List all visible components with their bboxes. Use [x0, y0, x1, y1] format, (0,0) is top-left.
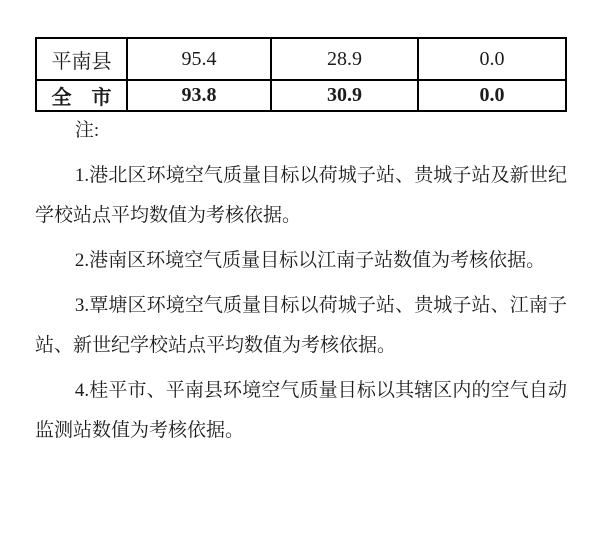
- note-item-4: 4.桂平市、平南县环境空气质量目标以其辖区内的空气自动监测站数值为考核依据。: [35, 371, 567, 451]
- table-cell: 93.8: [127, 80, 271, 111]
- row-label: 平南县: [36, 38, 127, 80]
- air-quality-table: 平南县 95.4 28.9 0.0 全 市 93.8 30.9 0.0: [35, 37, 567, 112]
- table-row-total: 全 市 93.8 30.9 0.0: [36, 80, 566, 111]
- table-row: 平南县 95.4 28.9 0.0: [36, 38, 566, 80]
- notes-section: 注: 1.港北区环境空气质量目标以荷城子站、贵城子站及新世纪学校站点平均数值为考…: [35, 111, 567, 456]
- row-label: 全 市: [36, 80, 127, 111]
- table-cell: 28.9: [271, 38, 418, 80]
- document-page: 平南县 95.4 28.9 0.0 全 市 93.8 30.9 0.0 注: 1…: [0, 0, 600, 557]
- table-cell: 0.0: [418, 38, 566, 80]
- note-item-2: 2.港南区环境空气质量目标以江南子站数值为考核依据。: [35, 241, 567, 281]
- note-item-1: 1.港北区环境空气质量目标以荷城子站、贵城子站及新世纪学校站点平均数值为考核依据…: [35, 156, 567, 236]
- table-cell: 0.0: [418, 80, 566, 111]
- note-item-3: 3.覃塘区环境空气质量目标以荷城子站、贵城子站、江南子站、新世纪学校站点平均数值…: [35, 286, 567, 366]
- table-cell: 30.9: [271, 80, 418, 111]
- table-cell: 95.4: [127, 38, 271, 80]
- notes-heading: 注:: [35, 111, 567, 151]
